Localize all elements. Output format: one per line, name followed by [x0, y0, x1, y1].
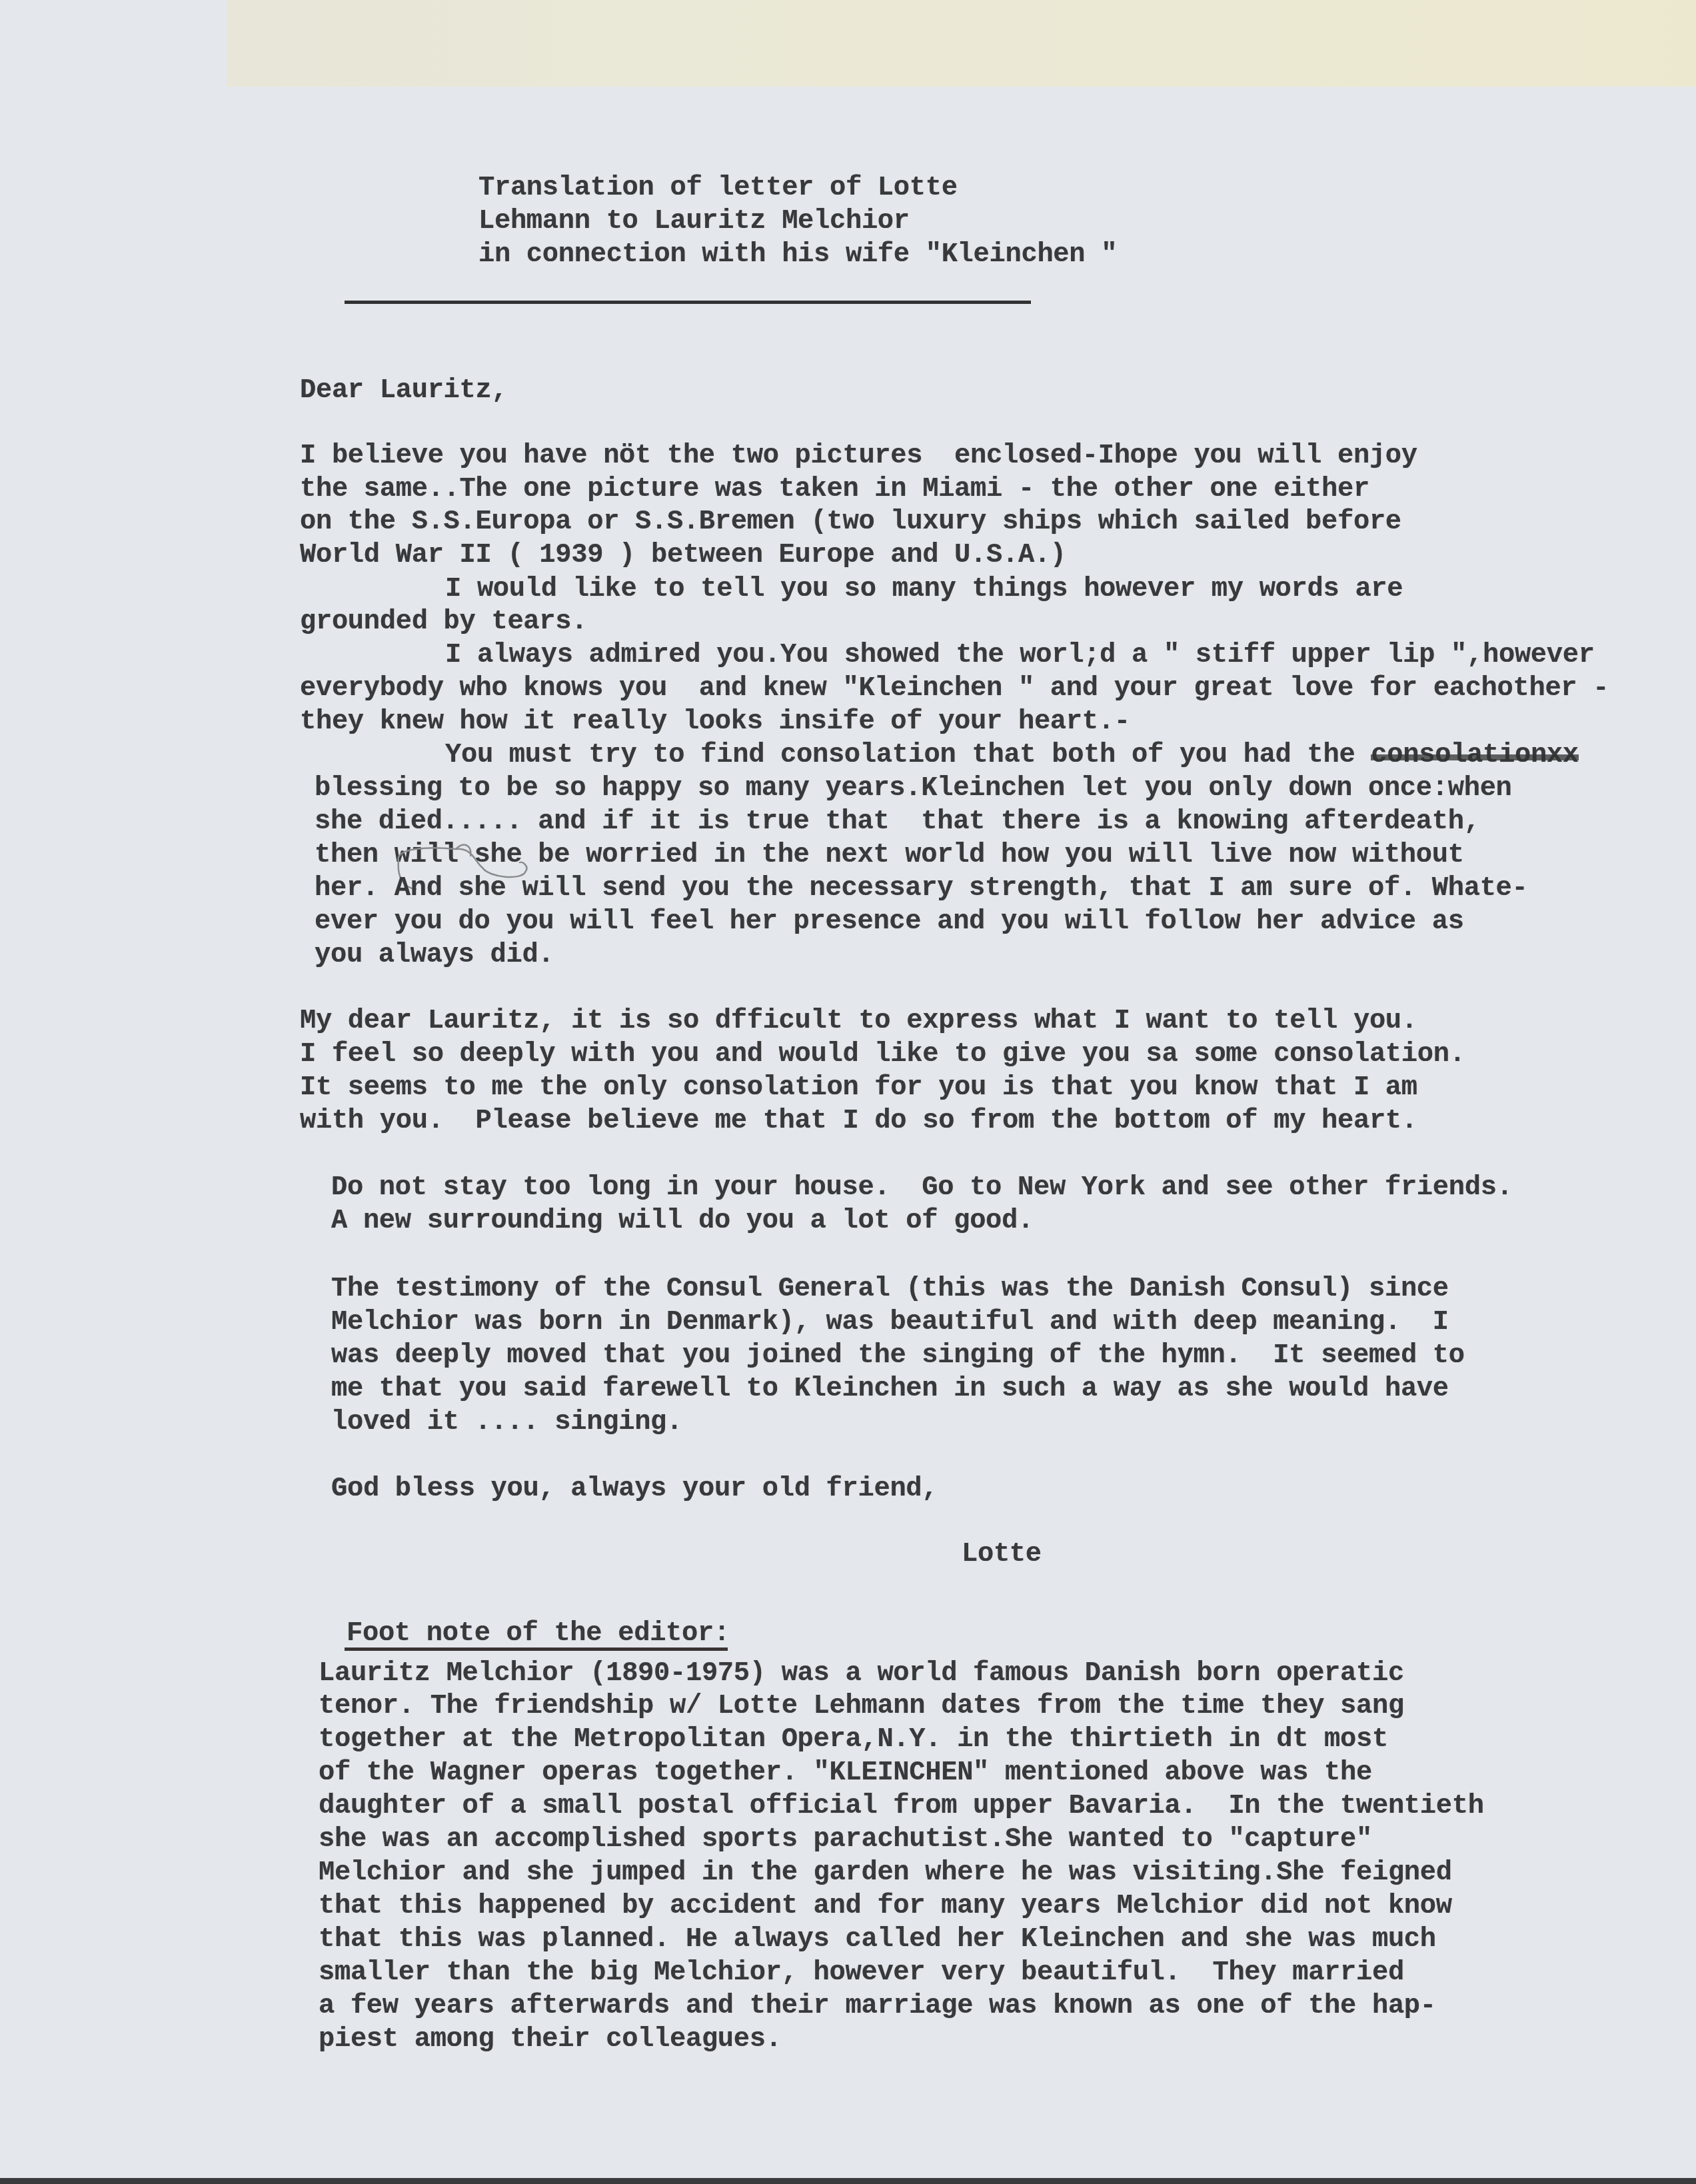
footnote-line: piest among their colleagues. [319, 2023, 782, 2055]
header-line-1: Translation of letter of Lotte [478, 172, 958, 204]
header-line-3: in connection with his wife "Kleinchen " [478, 239, 1117, 271]
letter-line: A new surrounding will do you a lot of g… [331, 1205, 1034, 1237]
letter-line: I feel so deeply with you and would like… [300, 1038, 1465, 1070]
footnote-line: that this was planned. He always called … [319, 1923, 1436, 1955]
letter-line: ever you do you will feel her presence a… [315, 906, 1464, 938]
footnote-line: tenor. The friendship w/ Lotte Lehmann d… [319, 1690, 1404, 1722]
footnote-line: she was an accomplished sports parachuti… [319, 1823, 1372, 1855]
footnote-line: smaller than the big Melchior, however v… [319, 1957, 1404, 1989]
letter-line: then will she be worried in the next wor… [315, 839, 1464, 871]
scan-edge [0, 2178, 1696, 2184]
footnote-line: a few years afterwards and their marriag… [319, 1990, 1436, 2022]
letter-line: the same..The one picture was taken in M… [300, 473, 1369, 505]
salutation: Dear Lauritz, [300, 375, 507, 407]
letter-line: me that you said farewell to Kleinchen i… [331, 1373, 1449, 1405]
letter-line: loved it .... singing. [331, 1406, 682, 1438]
header-divider [345, 301, 1031, 304]
letter-line: My dear Lauritz, it is so dfficult to ex… [300, 1005, 1417, 1037]
letter-line: It seems to me the only consolation for … [300, 1072, 1417, 1104]
letter-line: they knew how it really looks insife of … [300, 706, 1130, 738]
letter-line: was deeply moved that you joined the sin… [331, 1340, 1465, 1372]
paper-stain [227, 0, 1696, 87]
letter-line: You must try to find consolation that bo… [445, 739, 1579, 771]
letter-line: everybody who knows you and knew "Kleinc… [300, 672, 1609, 704]
letter-line: with you. Please believe me that I do so… [300, 1105, 1417, 1137]
letter-line: grounded by tears. [300, 606, 587, 638]
letter-line: World War II ( 1939 ) between Europe and… [300, 539, 1066, 571]
header-line-2: Lehmann to Lauritz Melchior [478, 205, 910, 237]
letter-line: The testimony of the Consul General (thi… [331, 1273, 1449, 1305]
footnote-line: together at the Metropolitan Opera,N.Y. … [319, 1723, 1388, 1755]
letter-line: her. And she will send you the necessary… [315, 872, 1528, 904]
footnote-line: Lauritz Melchior (1890-1975) was a world… [319, 1657, 1404, 1689]
closing: God bless you, always your old friend, [331, 1473, 938, 1505]
letter-line: on the S.S.Europa or S.S.Bremen (two lux… [300, 506, 1401, 538]
letter-line: you always did. [315, 939, 554, 971]
footnote-line: of the Wagner operas together. "KLEINCHE… [319, 1757, 1372, 1789]
letter-line: I would like to tell you so many things … [445, 573, 1403, 605]
letter-line: she died..... and if it is true that tha… [315, 806, 1480, 838]
footnote-heading-underline [345, 1647, 728, 1651]
letter-line-text: You must try to find consolation that bo… [445, 740, 1371, 770]
footnote-heading: Foot note of the editor: [347, 1618, 730, 1649]
letter-line: I always admired you.You showed the worl… [445, 639, 1595, 671]
struck-out-word: consolationxx [1371, 740, 1578, 770]
footnote-line: that this happened by accident and for m… [319, 1890, 1452, 1922]
letter-line: blessing to be so happy so many years.Kl… [315, 772, 1512, 804]
footnote-line: daughter of a small postal official from… [319, 1790, 1484, 1822]
signature: Lotte [962, 1538, 1042, 1570]
letter-line: Do not stay too long in your house. Go t… [331, 1172, 1513, 1204]
letter-line: I believe you have nöt the two pictures … [300, 440, 1417, 472]
footnote-line: Melchior and she jumped in the garden wh… [319, 1857, 1452, 1889]
letter-line: Melchior was born in Denmark), was beaut… [331, 1306, 1449, 1338]
